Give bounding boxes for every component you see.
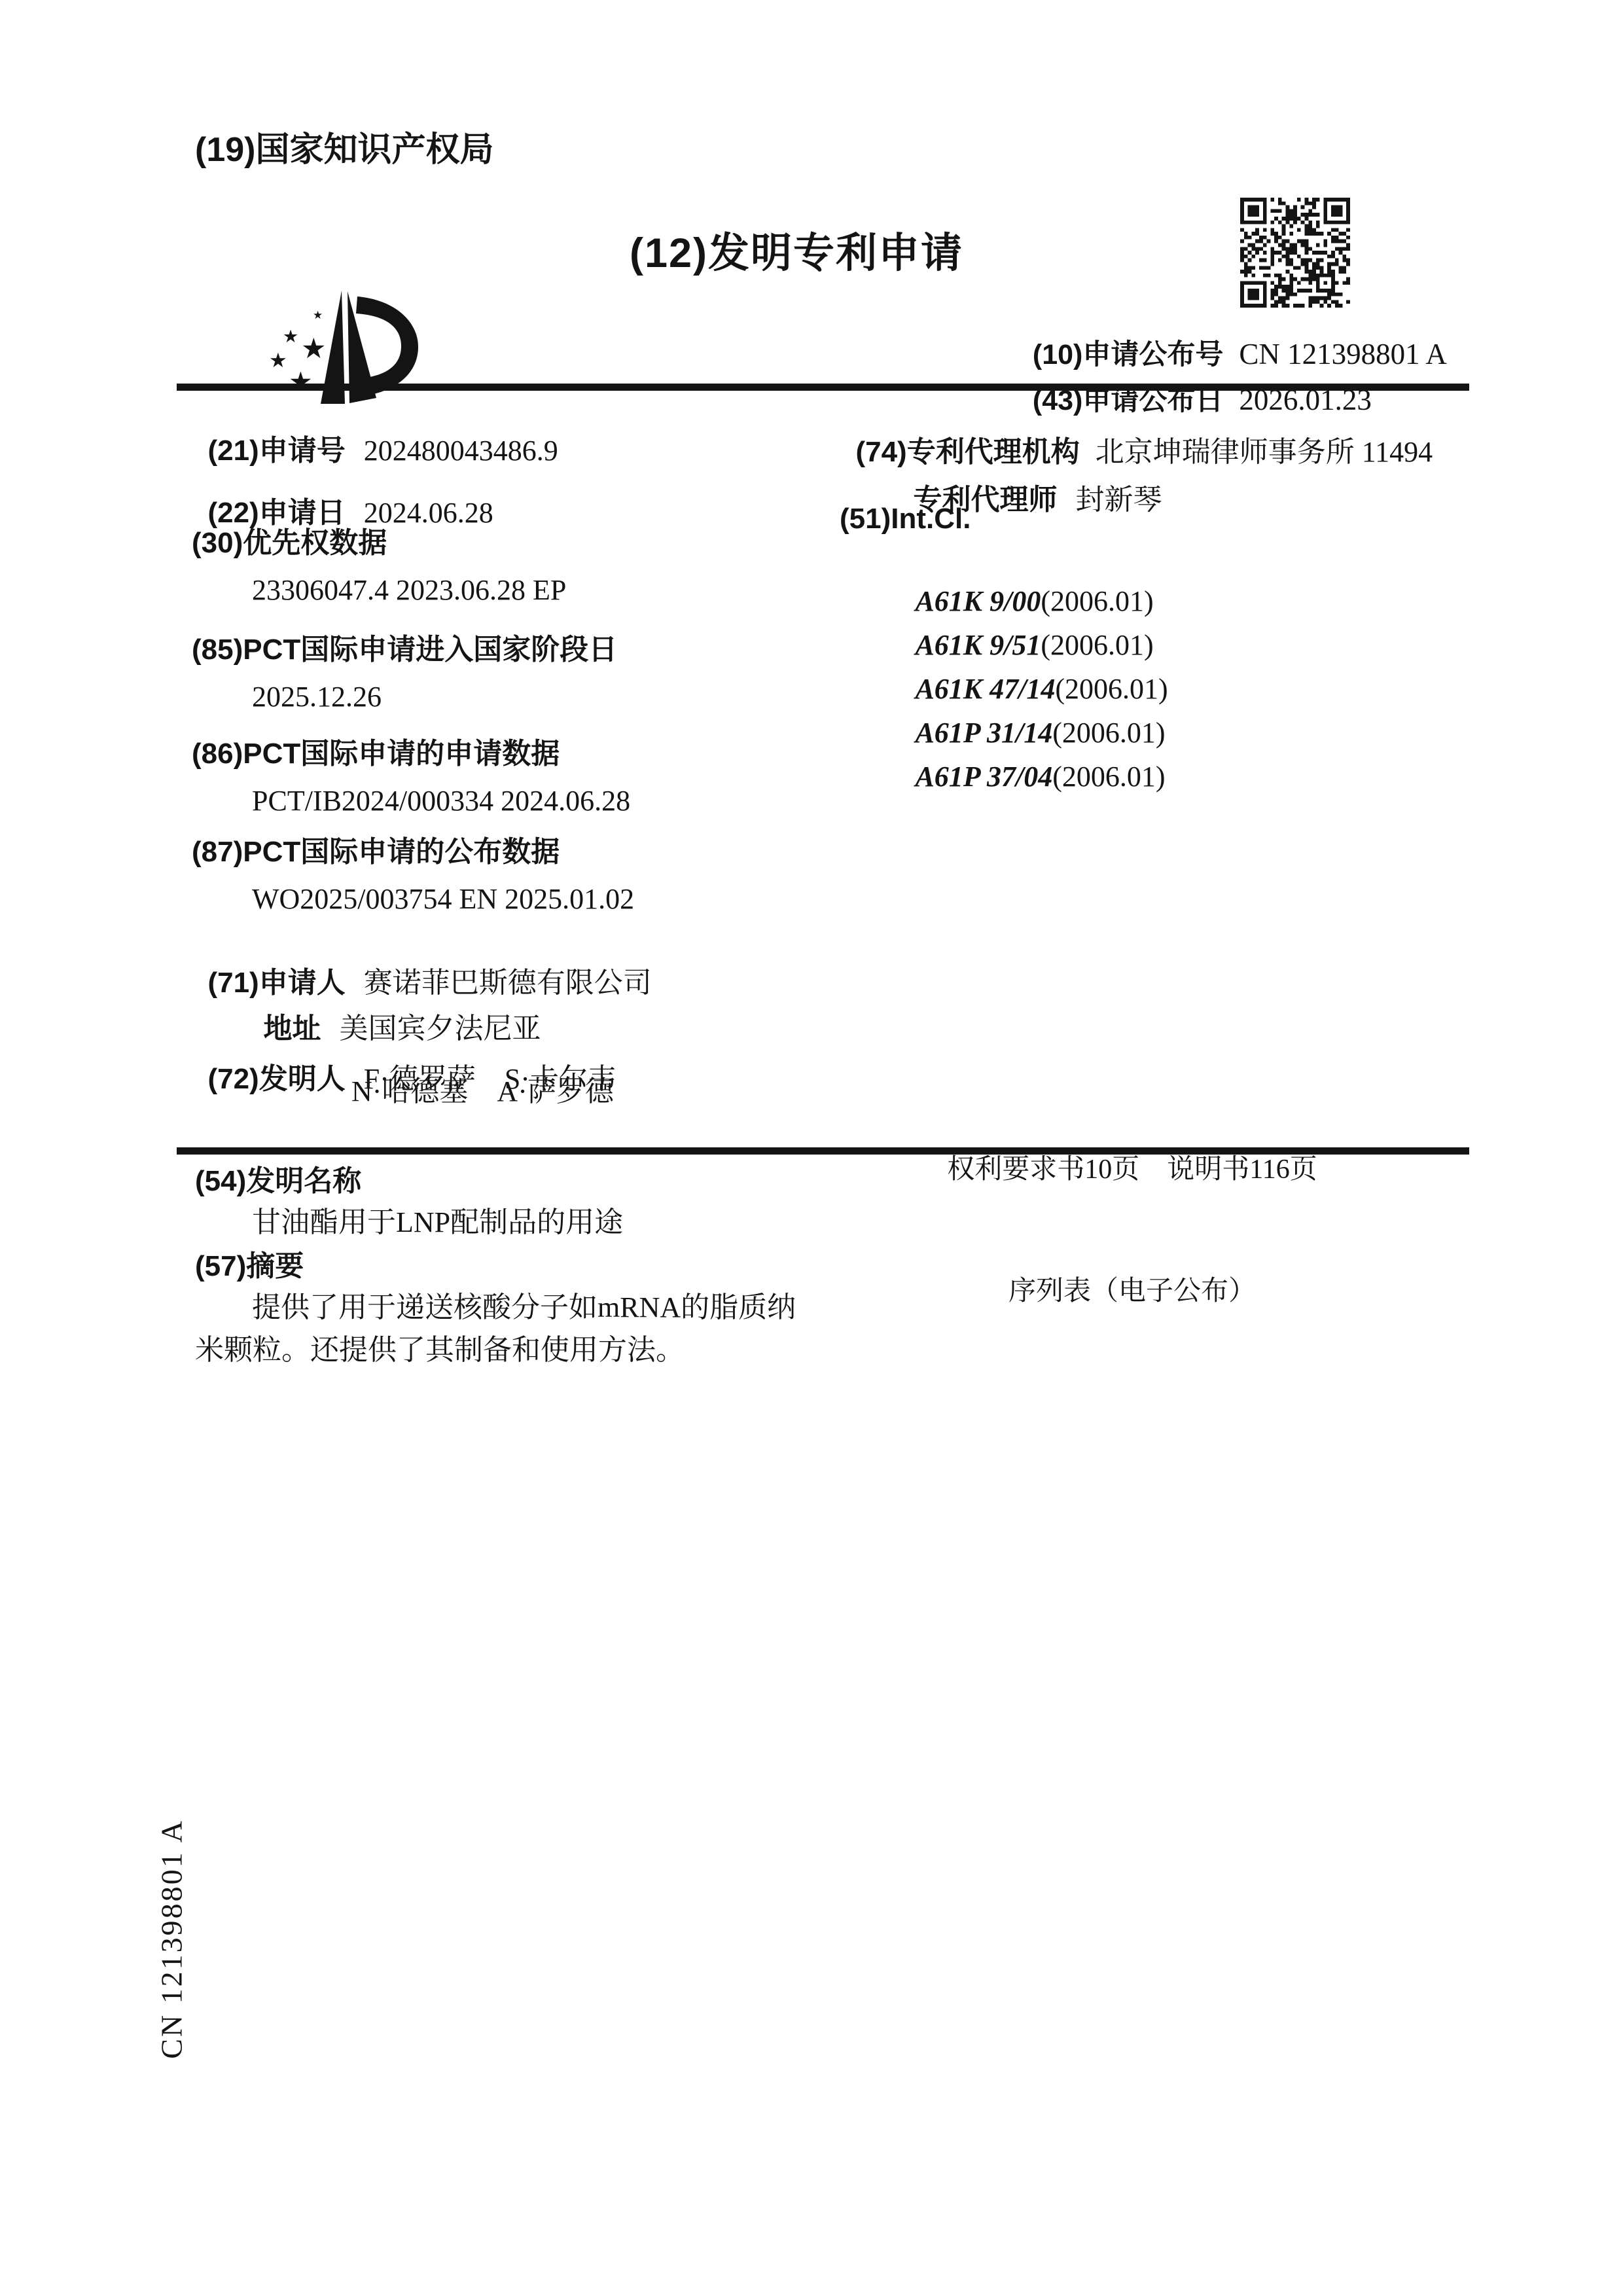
priority-data-value: 23306047.4 2023.06.28 EP (252, 574, 566, 606)
application-date-row: (22)申请日2024.06.28 (192, 465, 493, 529)
star-icon: ★ (269, 349, 287, 372)
header-divider (177, 384, 1469, 391)
pages-info: 权利要求书10页 说明书116页 序列表（电子公布） (929, 1068, 1335, 1352)
field-label: (22)申请日 (207, 497, 345, 529)
inventor-names-line2: N·哈德塞 A·萨罗德 (351, 1075, 614, 1107)
abstract-label: (57)摘要 (195, 1250, 304, 1282)
int-cl-entry: A61P 37/04(2006.01) (899, 728, 1166, 793)
side-publication-code: CN 121398801 A (154, 1808, 189, 2070)
field-value: 202480043486.9 (364, 435, 558, 467)
body-divider (177, 1147, 1469, 1155)
pct-application-value: PCT/IB2024/000334 2024.06.28 (252, 785, 630, 817)
int-cl-label: (51)Int.Cl. (840, 503, 971, 535)
pages-count-line: 权利要求书10页 说明书116页 (929, 1149, 1335, 1190)
star-icon: ★ (289, 367, 313, 397)
star-icon: ★ (283, 327, 298, 346)
application-number-row: (21)申请号202480043486.9 (192, 403, 558, 467)
star-icon: ★ (313, 309, 323, 321)
priority-data-label: (30)优先权数据 (192, 527, 387, 559)
field-label: (21)申请号 (207, 435, 345, 467)
document-type-title: (12)发明专利申请 (630, 230, 963, 277)
ipc-version: (2006.01) (1052, 761, 1165, 793)
abstract-text-line2: 米颗粒。还提供了其制备和使用方法。 (195, 1334, 685, 1366)
pct-publication-label: (87)PCT国际申请的公布数据 (192, 836, 560, 868)
pct-publication-value: WO2025/003754 EN 2025.01.02 (252, 883, 634, 915)
star-icon: ★ (301, 333, 327, 365)
issuing-office: (19)国家知识产权局 (195, 131, 493, 169)
ipc-code: A61P 37/04 (915, 761, 1052, 793)
abstract-text-line1: 提供了用于递送核酸分子如mRNA的脂质纳 (252, 1291, 796, 1323)
field-label: (72)发明人 (207, 1063, 345, 1095)
invention-title-label: (54)发明名称 (195, 1165, 361, 1197)
pct-application-label: (86)PCT国际申请的申请数据 (192, 738, 560, 770)
agent-name: 封新琴 (1075, 484, 1162, 516)
field-value: 2024.06.28 (364, 497, 493, 529)
sequence-listing-line: 序列表（电子公布） (929, 1271, 1335, 1312)
patent-cover-page: { "colors": { "ink": "#141414", "paper":… (0, 0, 1623, 2296)
pct-national-entry-value: 2025.12.26 (252, 681, 382, 713)
invention-title: 甘油酯用于LNP配制品的用途 (252, 1206, 623, 1238)
pct-national-entry-label: (85)PCT国际申请进入国家阶段日 (192, 634, 617, 666)
emblem-d-curve (356, 296, 418, 396)
